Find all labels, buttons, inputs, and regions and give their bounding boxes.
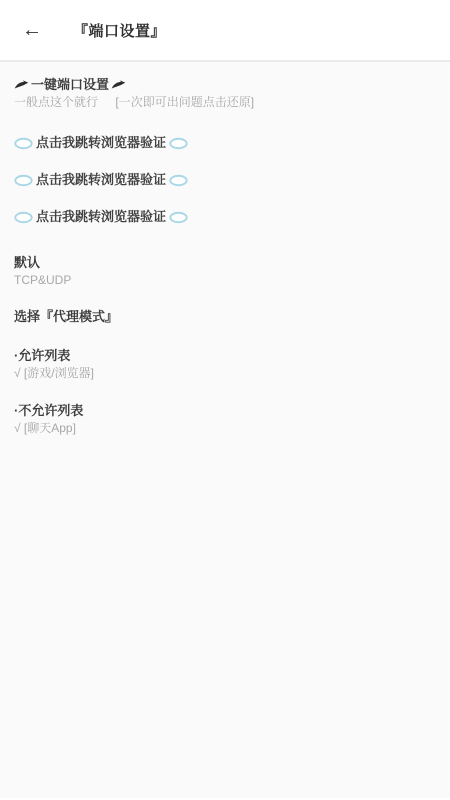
app-bar: ← 『端口设置』	[0, 0, 450, 62]
oval-icon	[14, 174, 33, 187]
swoosh-arrow-icon	[111, 80, 126, 91]
allow-list-item[interactable]: ·允许列表 √ [游戏/浏览器]	[14, 347, 436, 381]
proxy-mode-item[interactable]: 选择『代理模式』	[14, 308, 436, 326]
page-title: 『端口设置』	[73, 20, 166, 41]
browser-verify-label: 点击我跳转浏览器验证	[36, 171, 166, 189]
one-key-note: 一般点这个就行	[14, 95, 98, 109]
one-key-port-setup-item[interactable]: 一键端口设置 一般点这个就行 [一次即可出问题点击还原]	[14, 76, 436, 110]
default-protocol-title: 默认	[14, 254, 436, 272]
back-arrow-icon[interactable]: ←	[22, 20, 42, 40]
port-settings-screen: ← 『端口设置』 一键端口设置 一般点这个就行 [一次即可出问题点击还原]	[0, 0, 450, 798]
oval-icon	[14, 211, 33, 224]
oval-icon	[169, 137, 188, 150]
oval-icon	[14, 137, 33, 150]
browser-verify-link-3[interactable]: 点击我跳转浏览器验证	[14, 208, 436, 226]
default-protocol-item[interactable]: 默认 TCP&UDP	[14, 254, 436, 288]
allow-list-value: √ [游戏/浏览器]	[14, 365, 436, 381]
one-key-restore-note: [一次即可出问题点击还原]	[115, 95, 254, 109]
proxy-mode-title: 选择『代理模式』	[14, 308, 436, 326]
oval-icon	[169, 211, 188, 224]
allow-list-title: ·允许列表	[14, 347, 436, 365]
settings-list: 一键端口设置 一般点这个就行 [一次即可出问题点击还原] 点击我跳转浏览器验证	[0, 62, 450, 798]
browser-verify-label: 点击我跳转浏览器验证	[36, 134, 166, 152]
swoosh-arrow-icon	[14, 80, 29, 91]
browser-verify-link-1[interactable]: 点击我跳转浏览器验证	[14, 134, 436, 152]
deny-list-title: ·不允许列表	[14, 402, 436, 420]
browser-verify-link-2[interactable]: 点击我跳转浏览器验证	[14, 171, 436, 189]
deny-list-item[interactable]: ·不允许列表 √ [聊天App]	[14, 402, 436, 436]
one-key-port-setup-label: 一键端口设置	[31, 76, 109, 94]
oval-icon	[169, 174, 188, 187]
default-protocol-value: TCP&UDP	[14, 272, 436, 288]
deny-list-value: √ [聊天App]	[14, 420, 436, 436]
browser-verify-label: 点击我跳转浏览器验证	[36, 208, 166, 226]
